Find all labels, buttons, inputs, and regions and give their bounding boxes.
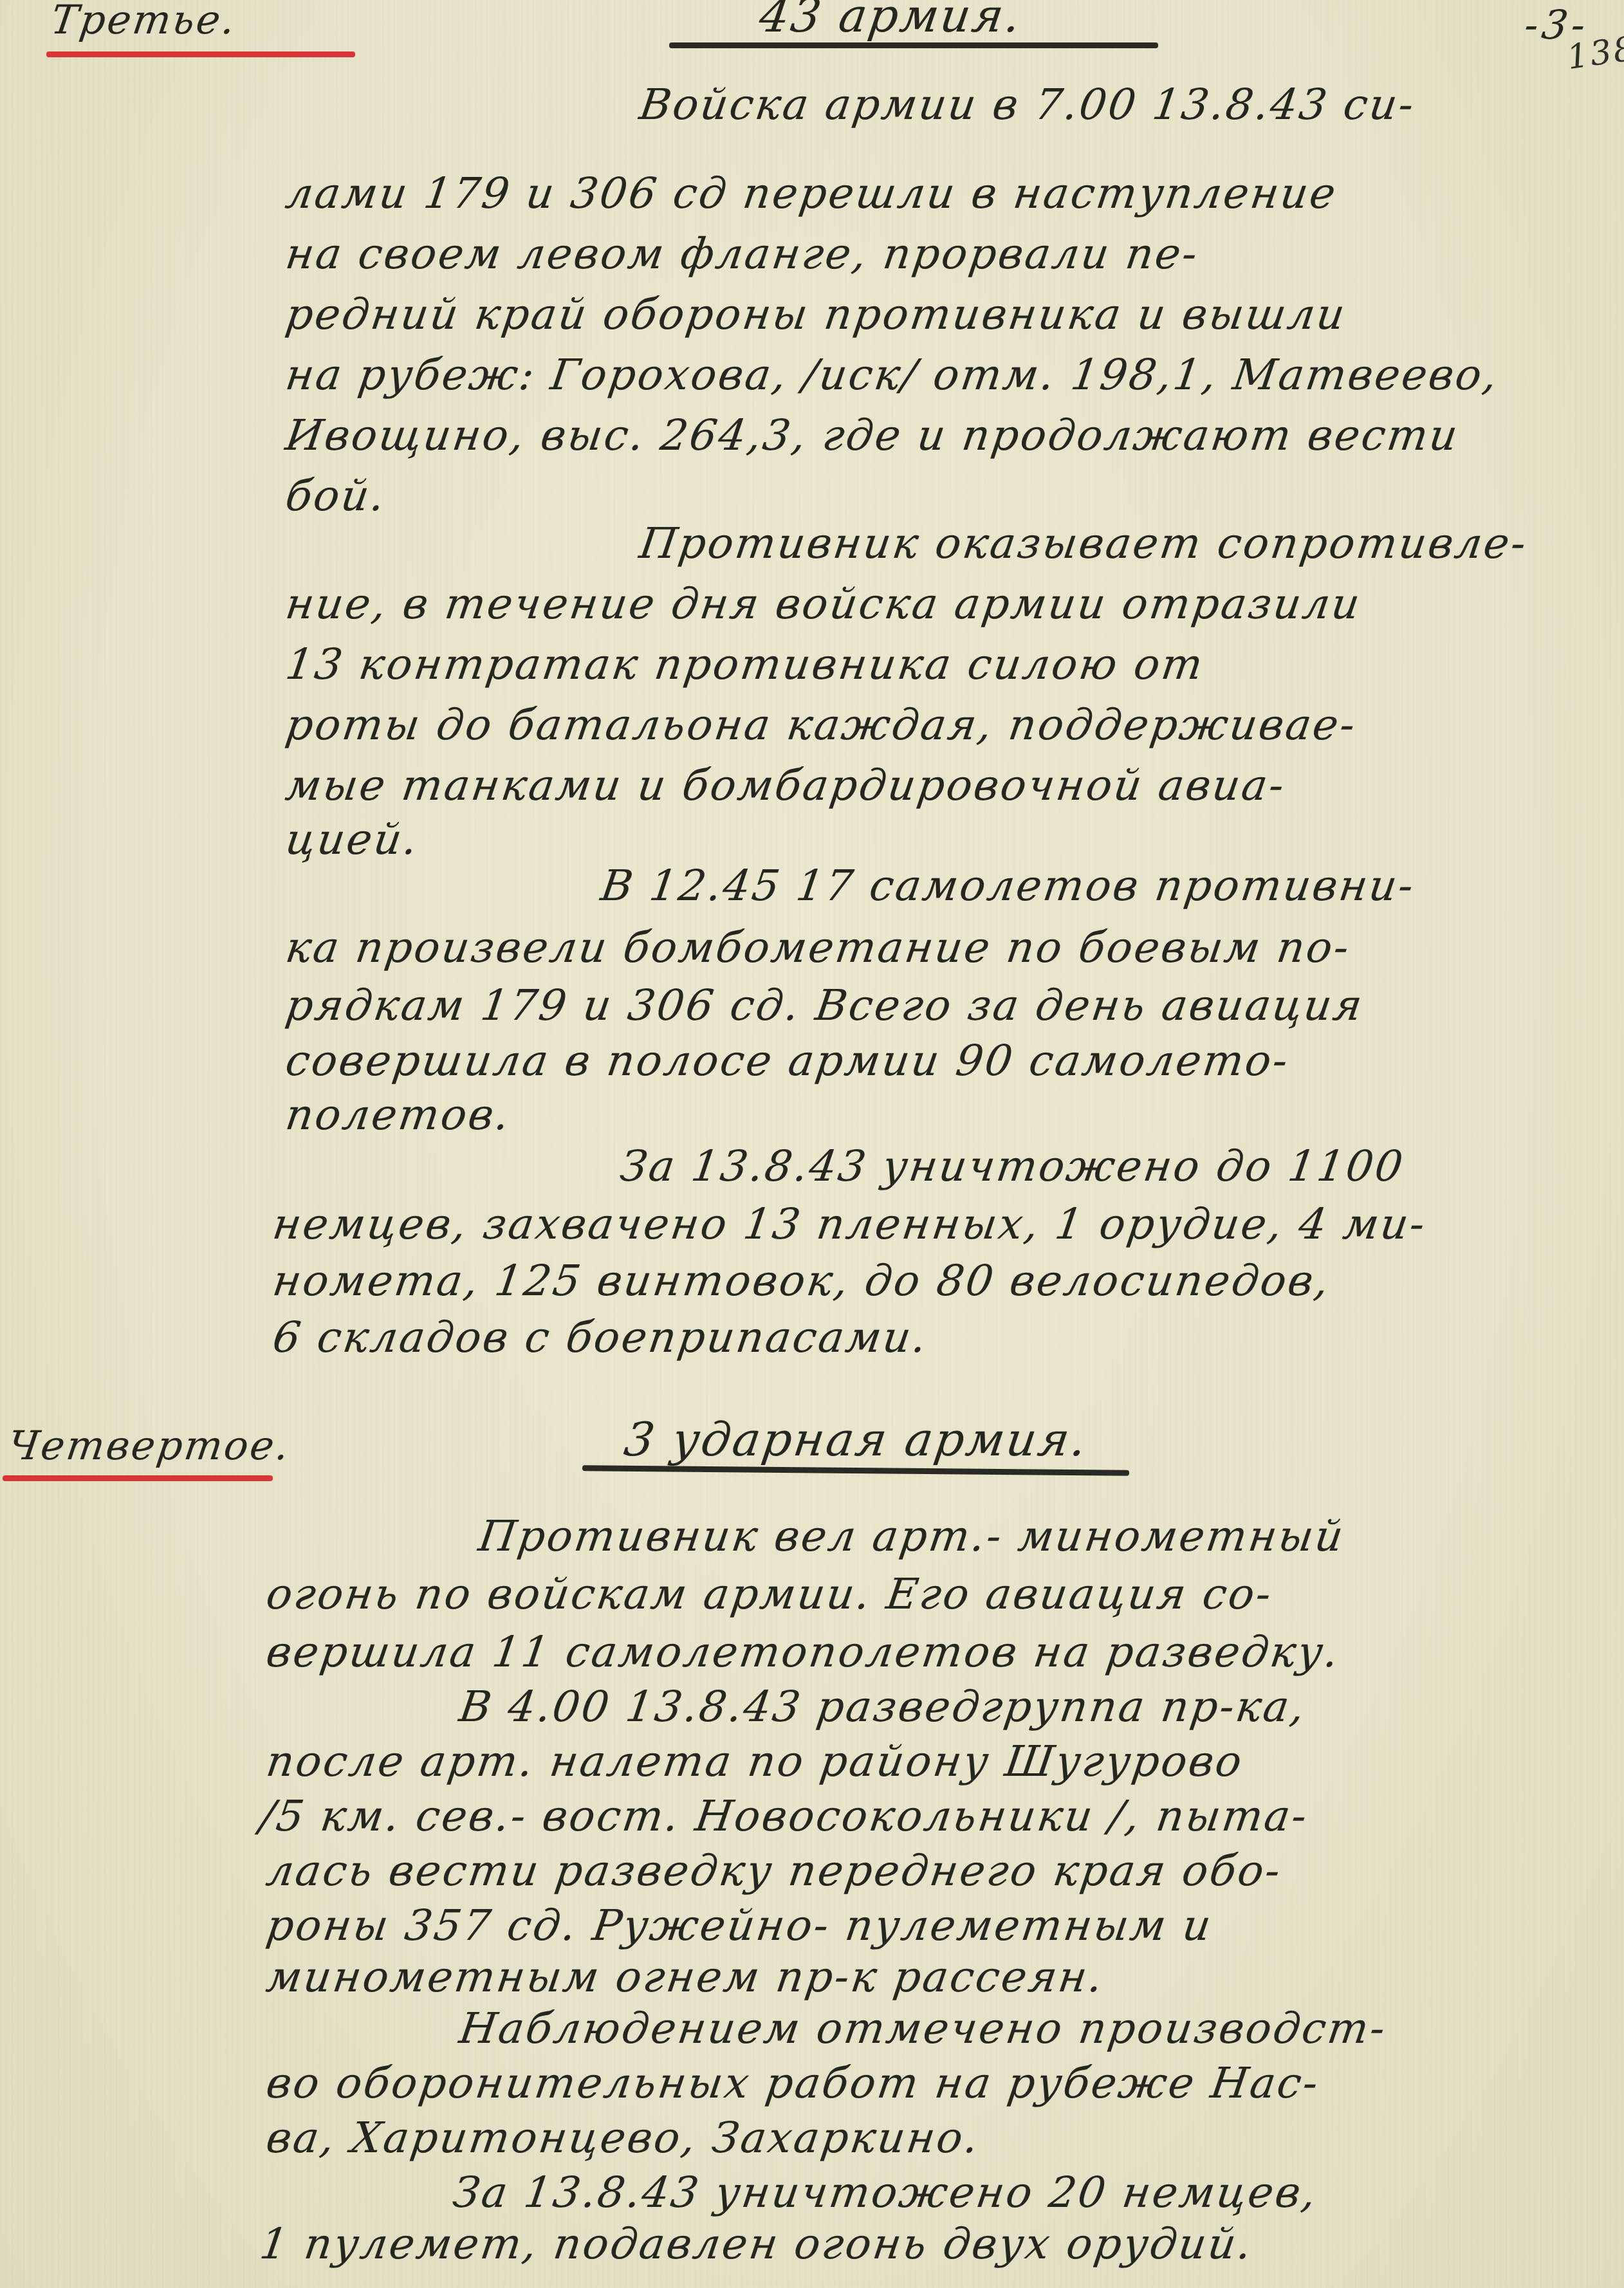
text-line: вершила 11 самолетополетов на разведку. [264, 1631, 1343, 1674]
text-line: В 12.45 17 самолетов противни- [598, 865, 1417, 907]
red-underline [3, 1475, 273, 1481]
text-line: ва, Харитонцево, Захаркино. [264, 2117, 983, 2159]
text-line: лами 179 и 306 сд перешли в наступление [283, 172, 1340, 215]
margin-label-fourth: Четвертое. [5, 1422, 294, 1469]
text-line: во оборонительных работ на рубеже Нас- [264, 2062, 1322, 2105]
text-line: Противник оказывает сопротивле- [637, 522, 1530, 565]
text-line: За 13.8.43 уничтожено 20 немцев, [450, 2172, 1320, 2214]
section-title: 43 армия. [756, 0, 1026, 42]
text-line: В 4.00 13.8.43 разведгруппа пр-ка, [457, 1686, 1309, 1728]
text-line: За 13.8.43 уничтожено до 1100 [618, 1145, 1407, 1188]
text-line: лась вести разведку переднего края обо- [264, 1850, 1285, 1892]
text-line: мые танками и бомбардировочной авиа- [283, 764, 1288, 807]
text-line: Наблюдением отмечено производст- [457, 2007, 1389, 2050]
text-line: минометным огнем пр-к рассеян. [264, 1956, 1107, 1998]
margin-label-third: Третье. [48, 0, 240, 43]
text-line: 6 складов с боеприпасами. [270, 1316, 931, 1359]
text-line: на рубеж: Горохова, /иск/ отм. 198,1, Ма… [283, 354, 1502, 396]
section-title: 3 ударная армия. [621, 1412, 1091, 1466]
text-line: после арт. налета по району Шугурово [264, 1740, 1246, 1783]
text-line: огонь по войскам армии. Его авиация со- [264, 1573, 1275, 1616]
text-line: ка произвели бомбометание по боевым по- [283, 927, 1353, 969]
text-line: совершила в полосе армии 90 самолето- [283, 1040, 1292, 1082]
text-line: полетов. [283, 1094, 513, 1136]
text-line: Противник вел арт.- минометный [476, 1515, 1347, 1558]
text-line: номета, 125 винтовок, до 80 велосипедов, [270, 1260, 1333, 1302]
text-line: Ивощино, выс. 264,3, где и продолжают ве… [283, 414, 1462, 457]
title-underline [669, 42, 1158, 48]
red-underline [46, 51, 355, 57]
text-line: 1 пулемет, подавлен огонь двух орудий. [257, 2223, 1256, 2265]
text-line: бой. [283, 475, 389, 517]
text-line: роны 357 сд. Ружейно- пулеметным и [264, 1905, 1215, 1947]
text-line: немцев, захвачено 13 пленных, 1 орудие, … [270, 1203, 1429, 1246]
text-line: рядкам 179 и 306 сд. Всего за день авиац… [283, 984, 1367, 1027]
text-line: на своем левом фланге, прорвали пе- [283, 233, 1202, 275]
text-line: редний край обороны противника и вышли [283, 293, 1349, 336]
text-line: ние, в течение дня войска армии отразили [283, 583, 1364, 625]
text-line: роты до батальона каждая, поддерживае- [283, 704, 1360, 746]
text-line: Войска армии в 7.00 13.8.43 си- [637, 84, 1418, 126]
text-line: цией. [283, 818, 421, 861]
text-line: 13 контратак противника силою от [283, 643, 1207, 686]
text-line: /5 км. сев.- вост. Новосокольники /, пыт… [257, 1795, 1311, 1838]
